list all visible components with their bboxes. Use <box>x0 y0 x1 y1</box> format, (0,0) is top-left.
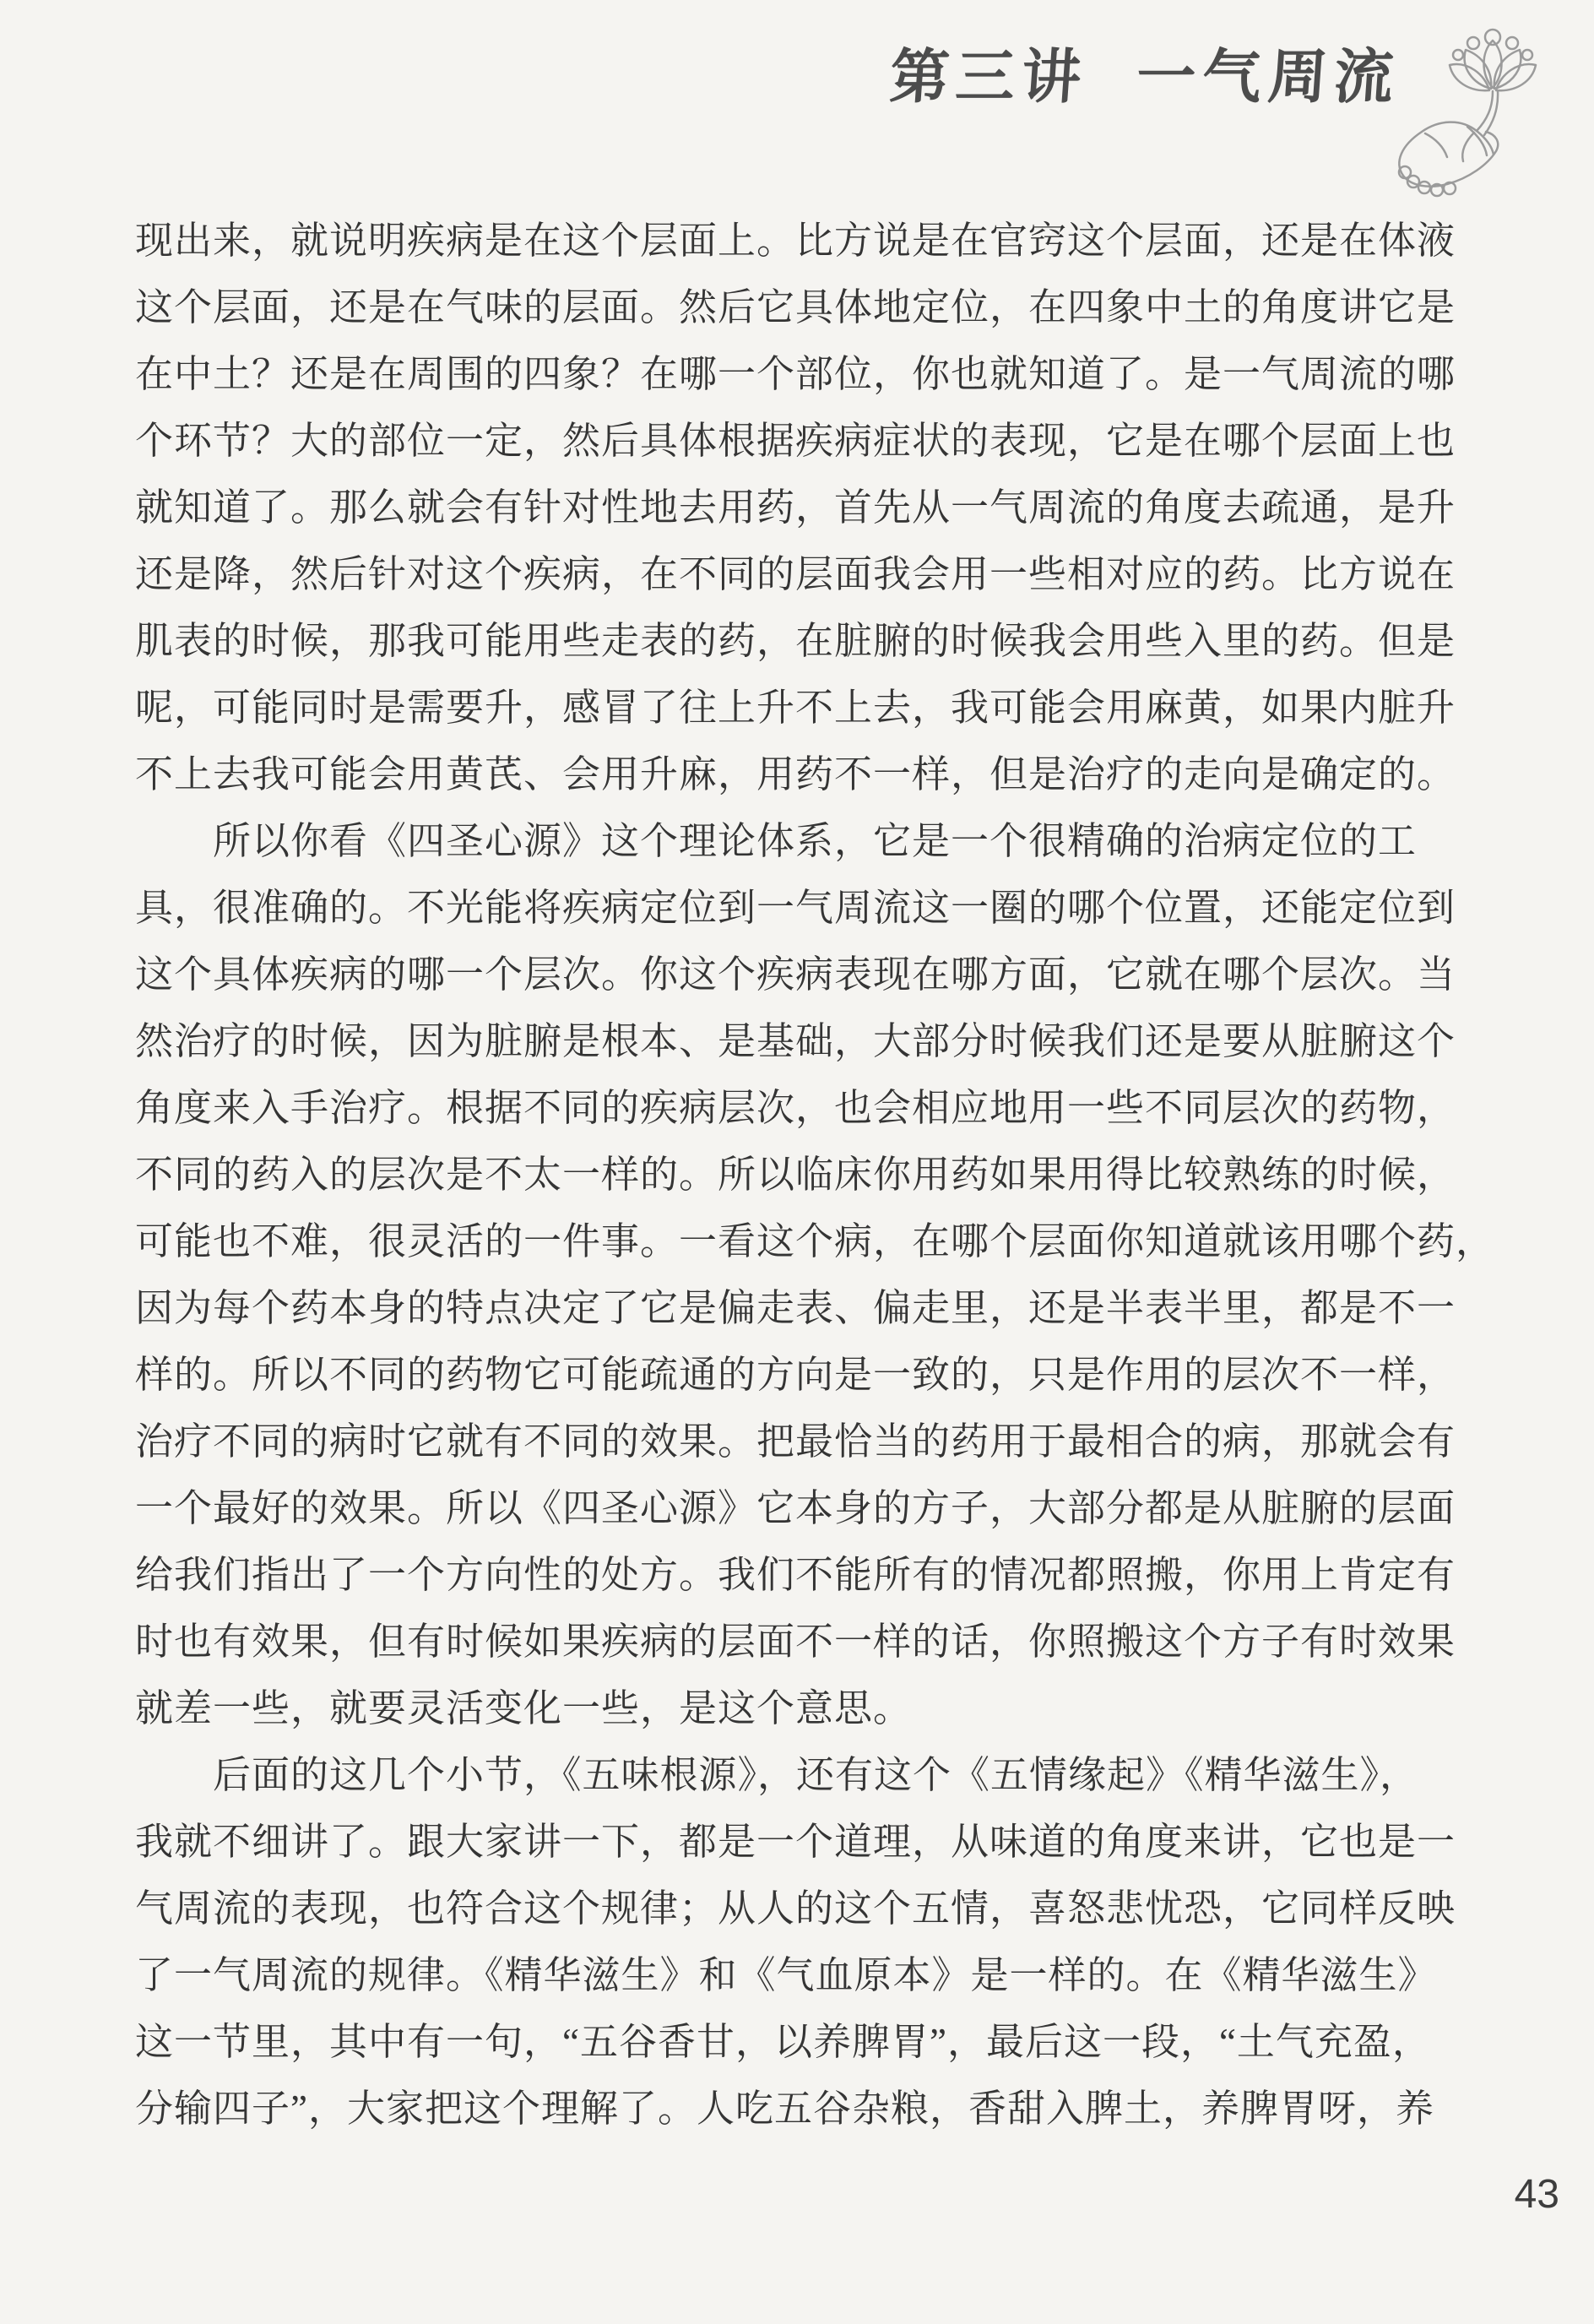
text-line: 还是降，然后针对这个疾病，在不同的层面我会用一些相对应的药。比方说在 <box>135 541 1472 608</box>
text-line: 呢，可能同时是需要升，感冒了往上升不上去，我可能会用麻黄，如果内脏升 <box>135 675 1472 741</box>
body-text: 现出来，就说明疾病是在这个层面上。比方说是在官窍这个层面，还是在体液这个层面，还… <box>135 208 1472 2142</box>
text-line: 分输四子”，大家把这个理解了。人吃五谷杂粮，香甜入脾土，养脾胃呀，养 <box>135 2076 1472 2142</box>
chapter-title: 第三讲 <box>887 41 1090 117</box>
text-line: 不上去我可能会用黄芪、会用升麻，用药不一样，但是治疗的走向是确定的。 <box>135 741 1472 808</box>
text-line: 后面的这几个小节，《五味根源》，还有这个《五情缘起》《精华滋生》， <box>135 1742 1472 1809</box>
lotus-hand-illustration <box>1366 15 1587 205</box>
text-line: 这一节里，其中有一句，“五谷香甘，以养脾胃”，最后这一段，“土气充盈， <box>135 2009 1472 2076</box>
text-line: 这个具体疾病的哪一个层次。你这个疾病表现在哪方面，它就在哪个层次。当 <box>135 942 1472 1008</box>
text-line: 角度来入手治疗。根据不同的疾病层次，也会相应地用一些不同层次的药物， <box>135 1075 1472 1142</box>
text-line: 在中土？还是在周围的四象？在哪一个部位，你也就知道了。是一气周流的哪 <box>135 341 1472 408</box>
text-line: 时也有效果，但有时候如果疾病的层面不一样的话，你照搬这个方子有时效果 <box>135 1609 1472 1675</box>
text-line: 给我们指出了一个方向性的处方。我们不能所有的情况都照搬，你用上肯定有 <box>135 1542 1472 1609</box>
page-number: 43 <box>1515 2171 1559 2218</box>
text-line: 然治疗的时候，因为脏腑是根本、是基础，大部分时候我们还是要从脏腑这个 <box>135 1008 1472 1075</box>
text-line: 具，很准确的。不光能将疾病定位到一气周流这一圈的哪个位置，还能定位到 <box>135 875 1472 942</box>
text-line: 我就不细讲了。跟大家讲一下，都是一个道理，从味道的角度来讲，它也是一 <box>135 1809 1472 1876</box>
page-header: 第三讲 一气周流 <box>0 0 1594 211</box>
text-line: 就差一些，就要灵活变化一些，是这个意思。 <box>135 1675 1472 1742</box>
text-line: 不同的药入的层次是不太一样的。所以临床你用药如果用得比较熟练的时候， <box>135 1142 1472 1208</box>
text-line: 现出来，就说明疾病是在这个层面上。比方说是在官窍这个层面，还是在体液 <box>135 208 1472 274</box>
text-line: 所以你看《四圣心源》这个理论体系，它是一个很精确的治病定位的工 <box>135 808 1472 875</box>
text-line: 一个最好的效果。所以《四圣心源》它本身的方子，大部分都是从脏腑的层面 <box>135 1475 1472 1542</box>
text-line: 因为每个药本身的特点决定了它是偏走表、偏走里，还是半表半里，都是不一 <box>135 1275 1472 1342</box>
text-line: 肌表的时候，那我可能用些走表的药，在脏腑的时候我会用些入里的药。但是 <box>135 608 1472 675</box>
text-line: 样的。所以不同的药物它可能疏通的方向是一致的，只是作用的层次不一样， <box>135 1342 1472 1409</box>
section-title: 一气周流 <box>1134 41 1402 117</box>
book-page: 第三讲 一气周流 <box>0 0 1594 2324</box>
text-line: 气周流的表现，也符合这个规律；从人的这个五情，喜怒悲忧恐，它同样反映 <box>135 1876 1472 1942</box>
text-line: 可能也不难，很灵活的一件事。一看这个病，在哪个层面你知道就该用哪个药， <box>135 1208 1472 1275</box>
text-line: 治疗不同的病时它就有不同的效果。把最恰当的药用于最相合的病，那就会有 <box>135 1409 1472 1475</box>
text-line: 这个层面，还是在气味的层面。然后它具体地定位，在四象中土的角度讲它是 <box>135 274 1472 341</box>
running-head: 第三讲 一气周流 <box>887 41 1402 117</box>
text-line: 个环节？大的部位一定，然后具体根据疾病症状的表现，它是在哪个层面上也 <box>135 408 1472 475</box>
text-line: 了一气周流的规律。《精华滋生》和《气血原本》是一样的。在《精华滋生》 <box>135 1942 1472 2009</box>
text-line: 就知道了。那么就会有针对性地去用药，首先从一气周流的角度去疏通，是升 <box>135 475 1472 541</box>
